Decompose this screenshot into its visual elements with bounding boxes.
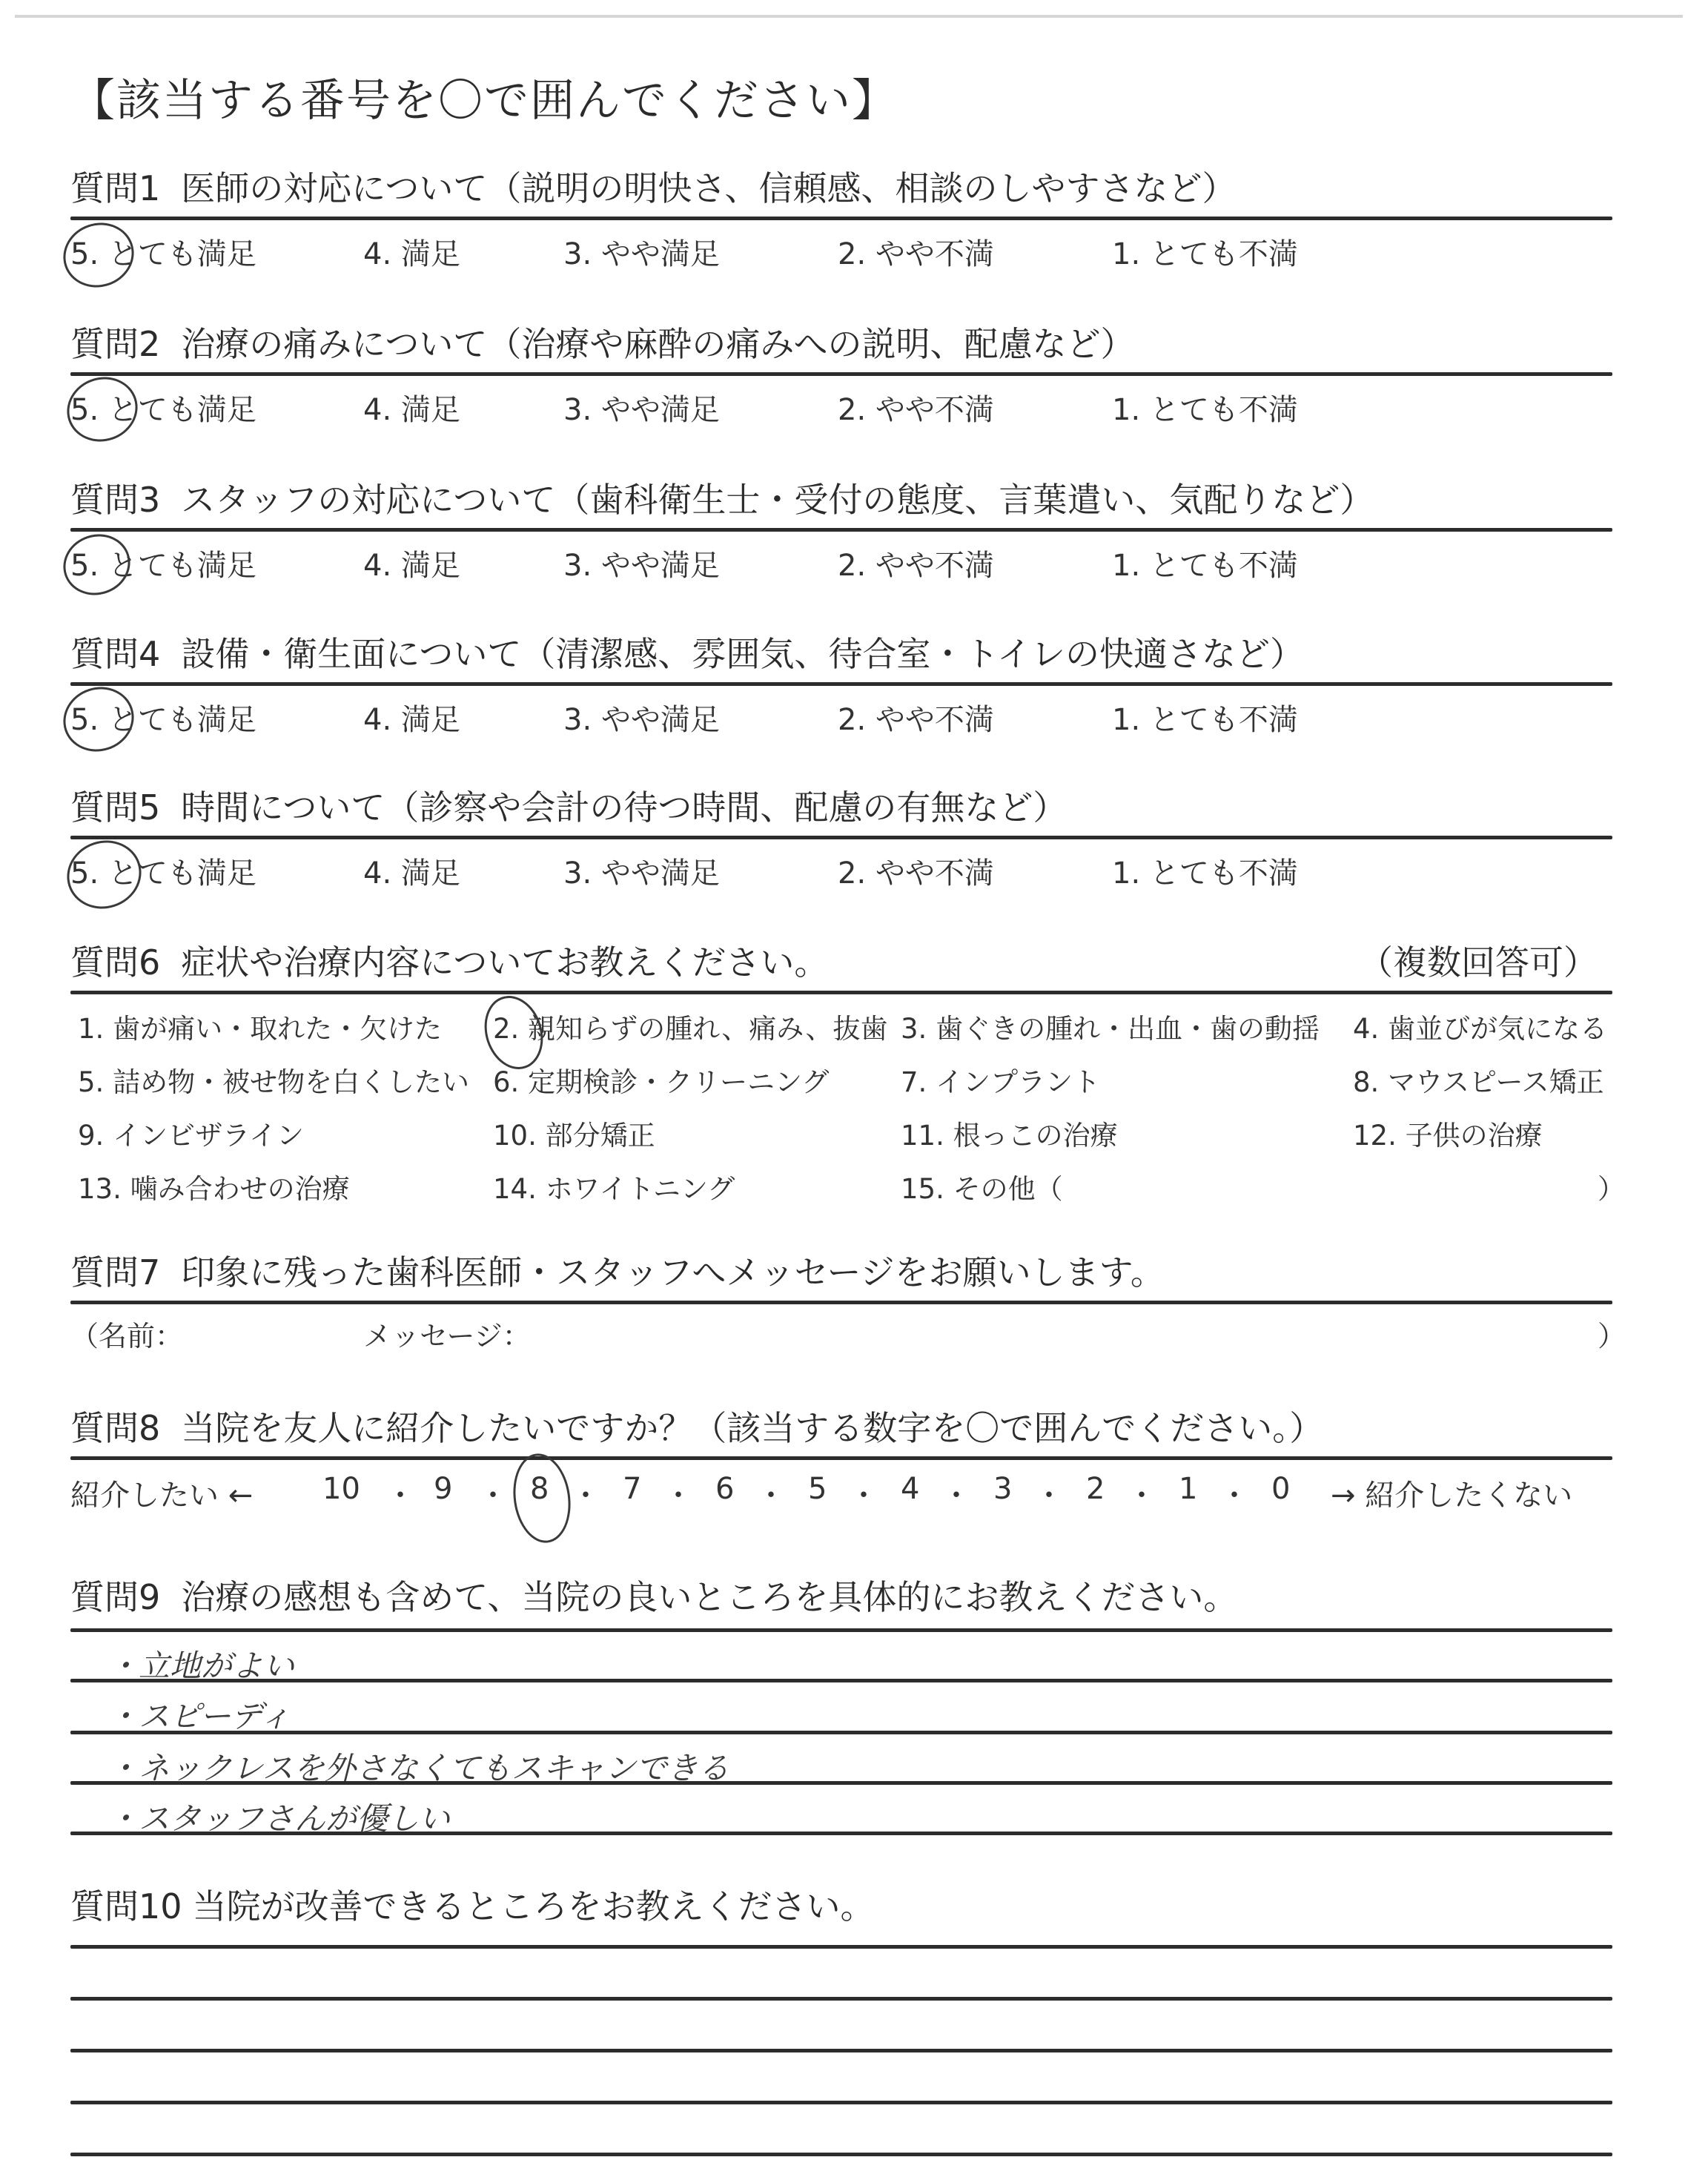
question-number: 質問10 xyxy=(70,1886,182,1926)
close-paren: ） xyxy=(1598,1313,1626,1354)
scale-value-10[interactable]: 10 xyxy=(322,1472,360,1506)
option-2[interactable]: 2. やや不満 xyxy=(838,696,994,739)
scale-separator: ・ xyxy=(663,1472,693,1514)
divider xyxy=(70,1301,1612,1304)
option-4[interactable]: 4. 満足 xyxy=(363,386,460,429)
question-10: 質問10当院が改善できるところをお教えください。 xyxy=(70,1880,1620,1929)
other-close-paren: ） xyxy=(1598,1166,1625,1206)
option-4[interactable]: 4. 満足 xyxy=(363,696,460,739)
scale-value-9[interactable]: 9 xyxy=(434,1472,452,1506)
divider xyxy=(70,217,1612,220)
answer-line[interactable] xyxy=(70,1945,1612,1949)
question-number: 質問9 xyxy=(70,1577,160,1617)
question-number: 質問2 xyxy=(70,324,160,364)
option-2[interactable]: 2. やや不満 xyxy=(838,386,994,429)
answer-line xyxy=(70,1832,1612,1835)
divider xyxy=(70,682,1612,686)
question-heading: 質問3スタッフの対応について（歯科衛生士・受付の態度、言葉遣い、気配りなど） xyxy=(70,473,1620,522)
divider xyxy=(70,528,1612,532)
question-number: 質問8 xyxy=(70,1408,160,1448)
scale-separator: ・ xyxy=(1127,1472,1156,1514)
rating-options: 5. とても満足 4. 満足 3. やや満足 2. やや不満 1. とても不満 xyxy=(70,386,1620,431)
answer-line xyxy=(70,1679,1612,1682)
question-heading: 質問9治療の感想も含めて、当院の良いところを具体的にお教えください。 xyxy=(70,1571,1620,1619)
option-1[interactable]: 1. とても不満 xyxy=(1112,386,1298,429)
question-5: 質問5時間について（診察や会計の待つ時間、配慮の有無など） 5. とても満足 4… xyxy=(70,781,1620,894)
answer-line[interactable] xyxy=(70,2049,1612,2052)
symptom-option[interactable]: 7. インプラント xyxy=(901,1060,1100,1100)
symptom-option[interactable]: 2. 親知らずの腫れ、痛み、抜歯 xyxy=(493,1006,888,1046)
question-heading: 質問4設備・衛生面について（清潔感、雰囲気、待合室・トイレの快適さなど） xyxy=(70,627,1620,676)
divider xyxy=(70,991,1612,994)
message-label: メッセージ： xyxy=(363,1313,531,1354)
option-5[interactable]: 5. とても満足 xyxy=(70,386,256,429)
question-2: 質問2治療の痛みについて（治療や麻酔の痛みへの説明、配慮など） 5. とても満足… xyxy=(70,317,1620,431)
question-3: 質問3スタッフの対応について（歯科衛生士・受付の態度、言葉遣い、気配りなど） 5… xyxy=(70,473,1620,587)
symptom-option[interactable]: 10. 部分矯正 xyxy=(493,1113,655,1153)
scale-value-6[interactable]: 6 xyxy=(715,1472,734,1506)
scale-separator: ・ xyxy=(385,1472,415,1514)
question-text: 当院を友人に紹介したいですか？（該当する数字を〇で囲んでください。） xyxy=(181,1408,1323,1448)
symptom-option[interactable]: 4. 歯並びが気になる xyxy=(1353,1006,1607,1046)
symptom-options-grid: 1. 歯が痛い・取れた・欠けた 2. 親知らずの腫れ、痛み、抜歯 3. 歯ぐきの… xyxy=(70,1006,1620,1221)
question-9: 質問9治療の感想も含めて、当院の良いところを具体的にお教えください。 ・立地がよ… xyxy=(70,1571,1620,1619)
divider xyxy=(70,836,1612,839)
multiple-answers-note: （複数回答可） xyxy=(1359,936,1598,985)
page-title: 【該当する番号を〇で囲んでください】 xyxy=(70,65,898,129)
option-3[interactable]: 3. やや満足 xyxy=(563,231,720,273)
scale-value-5[interactable]: 5 xyxy=(808,1472,827,1506)
rating-options: 5. とても満足 4. 満足 3. やや満足 2. やや不満 1. とても不満 xyxy=(70,231,1620,275)
scale-separator: ・ xyxy=(756,1472,786,1514)
message-row: （名前： メッセージ： ） xyxy=(70,1313,1620,1358)
answer-line[interactable] xyxy=(70,2101,1612,2104)
symptom-option[interactable]: 9. インビザライン xyxy=(78,1113,304,1153)
scale-separator: ・ xyxy=(478,1472,508,1514)
symptom-option[interactable]: 13. 噛み合わせの治療 xyxy=(78,1166,350,1206)
scale-separator: ・ xyxy=(1034,1472,1064,1514)
question-heading: 質問8当院を友人に紹介したいですか？（該当する数字を〇で囲んでください。） xyxy=(70,1401,1620,1450)
option-3[interactable]: 3. やや満足 xyxy=(563,850,720,892)
symptom-option[interactable]: 6. 定期検診・クリーニング xyxy=(493,1060,829,1100)
question-heading: 質問10当院が改善できるところをお教えください。 xyxy=(70,1880,1620,1929)
scale-separator: ・ xyxy=(849,1472,878,1514)
scale-separator: ・ xyxy=(941,1472,971,1514)
option-3[interactable]: 3. やや満足 xyxy=(563,386,720,429)
divider xyxy=(70,372,1612,376)
question-heading: 質問6症状や治療内容についてお教えください。 （複数回答可） xyxy=(70,936,1620,985)
option-2[interactable]: 2. やや不満 xyxy=(838,542,994,584)
handwritten-answer: ・スピーディ xyxy=(107,1692,291,1737)
answer-line xyxy=(70,1628,1612,1632)
option-4[interactable]: 4. 満足 xyxy=(363,542,460,584)
name-label: （名前： xyxy=(70,1313,183,1354)
option-1[interactable]: 1. とても不満 xyxy=(1112,231,1298,273)
answer-line xyxy=(70,1731,1612,1734)
option-1[interactable]: 1. とても不満 xyxy=(1112,542,1298,584)
option-4[interactable]: 4. 満足 xyxy=(363,850,460,892)
option-3[interactable]: 3. やや満足 xyxy=(563,542,720,584)
option-5[interactable]: 5. とても満足 xyxy=(70,696,256,739)
option-5[interactable]: 5. とても満足 xyxy=(70,850,256,892)
question-number: 質問7 xyxy=(70,1252,160,1292)
symptom-option[interactable]: 5. 詰め物・被せ物を白くしたい xyxy=(78,1060,469,1100)
answer-line[interactable] xyxy=(70,2153,1612,2156)
question-text: 設備・衛生面について（清潔感、雰囲気、待合室・トイレの快適さなど） xyxy=(181,634,1304,674)
question-number: 質問4 xyxy=(70,634,160,674)
option-4[interactable]: 4. 満足 xyxy=(363,231,460,273)
symptom-option[interactable]: 8. マウスピース矯正 xyxy=(1353,1060,1604,1100)
scale-value-4[interactable]: 4 xyxy=(901,1472,919,1506)
scale-value-0[interactable]: 0 xyxy=(1271,1472,1290,1506)
option-1[interactable]: 1. とても不満 xyxy=(1112,850,1298,892)
symptom-option[interactable]: 14. ホワイトニング xyxy=(493,1166,735,1206)
question-heading: 質問1医師の対応について（説明の明快さ、信頼感、相談のしやすさなど） xyxy=(70,162,1620,211)
option-2[interactable]: 2. やや不満 xyxy=(838,231,994,273)
question-text: 当院が改善できるところをお教えください。 xyxy=(193,1886,875,1926)
rating-options: 5. とても満足 4. 満足 3. やや満足 2. やや不満 1. とても不満 xyxy=(70,850,1620,894)
scale-value-2[interactable]: 2 xyxy=(1086,1472,1105,1506)
scale-left-label: 紹介したい ← xyxy=(70,1472,253,1514)
question-text: 時間について（診察や会計の待つ時間、配慮の有無など） xyxy=(181,787,1067,828)
recommend-scale: 紹介したい ← 10 ・ 9 ・ 8 ・ 7 ・ 6 ・ 5 ・ 4 ・ 3 ・… xyxy=(70,1472,1620,1516)
question-text: 症状や治療内容についてお教えください。 xyxy=(181,942,828,982)
symptom-option[interactable]: 1. 歯が痛い・取れた・欠けた xyxy=(78,1006,442,1046)
question-text: 治療の感想も含めて、当院の良いところを具体的にお教えください。 xyxy=(181,1577,1237,1617)
scale-value-7[interactable]: 7 xyxy=(623,1472,641,1506)
question-text: 治療の痛みについて（治療や麻酔の痛みへの説明、配慮など） xyxy=(181,324,1134,364)
symptom-option[interactable]: 15. その他（ xyxy=(901,1166,1063,1206)
question-number: 質問1 xyxy=(70,168,160,208)
rating-options: 5. とても満足 4. 満足 3. やや満足 2. やや不満 1. とても不満 xyxy=(70,696,1620,741)
scale-separator: ・ xyxy=(1219,1472,1249,1514)
scale-value-3[interactable]: 3 xyxy=(993,1472,1012,1506)
scale-separator: ・ xyxy=(571,1472,600,1514)
symptom-option[interactable]: 12. 子供の治療 xyxy=(1353,1113,1543,1153)
question-number: 質問3 xyxy=(70,480,160,520)
question-heading: 質問7印象に残った歯科医師・スタッフへメッセージをお願いします。 xyxy=(70,1246,1620,1295)
question-8: 質問8当院を友人に紹介したいですか？（該当する数字を〇で囲んでください。） 紹介… xyxy=(70,1401,1620,1516)
question-heading: 質問5時間について（診察や会計の待つ時間、配慮の有無など） xyxy=(70,781,1620,830)
question-4: 質問4設備・衛生面について（清潔感、雰囲気、待合室・トイレの快適さなど） 5. … xyxy=(70,627,1620,741)
option-3[interactable]: 3. やや満足 xyxy=(563,696,720,739)
scale-right-label: → 紹介したくない xyxy=(1331,1472,1572,1514)
answer-line xyxy=(70,1781,1612,1785)
question-text: 印象に残った歯科医師・スタッフへメッセージをお願いします。 xyxy=(181,1252,1165,1292)
question-7: 質問7印象に残った歯科医師・スタッフへメッセージをお願いします。 （名前： メッ… xyxy=(70,1246,1620,1358)
scale-value-1[interactable]: 1 xyxy=(1179,1472,1197,1506)
option-5[interactable]: 5. とても満足 xyxy=(70,231,256,273)
symptom-option[interactable]: 3. 歯ぐきの腫れ・出血・歯の動揺 xyxy=(901,1006,1320,1046)
option-5[interactable]: 5. とても満足 xyxy=(70,542,256,584)
rating-options: 5. とても満足 4. 満足 3. やや満足 2. やや不満 1. とても不満 xyxy=(70,542,1620,587)
question-text: スタッフの対応について（歯科衛生士・受付の態度、言葉遣い、気配りなど） xyxy=(181,480,1374,520)
option-2[interactable]: 2. やや不満 xyxy=(838,850,994,892)
question-1: 質問1医師の対応について（説明の明快さ、信頼感、相談のしやすさなど） 5. とて… xyxy=(70,162,1620,275)
option-1[interactable]: 1. とても不満 xyxy=(1112,696,1298,739)
answer-line[interactable] xyxy=(70,1997,1612,2001)
question-number: 質問5 xyxy=(70,787,160,828)
divider xyxy=(70,1456,1612,1460)
question-number: 質問6 xyxy=(70,942,160,982)
symptom-option[interactable]: 11. 根っこの治療 xyxy=(901,1113,1118,1153)
scale-value-8[interactable]: 8 xyxy=(530,1472,549,1506)
scan-edge xyxy=(15,15,1683,18)
question-text: 医師の対応について（説明の明快さ、信頼感、相談のしやすさなど） xyxy=(181,168,1236,208)
question-heading: 質問2治療の痛みについて（治療や麻酔の痛みへの説明、配慮など） xyxy=(70,317,1620,366)
question-6: 質問6症状や治療内容についてお教えください。 （複数回答可） 1. 歯が痛い・取… xyxy=(70,936,1620,1221)
